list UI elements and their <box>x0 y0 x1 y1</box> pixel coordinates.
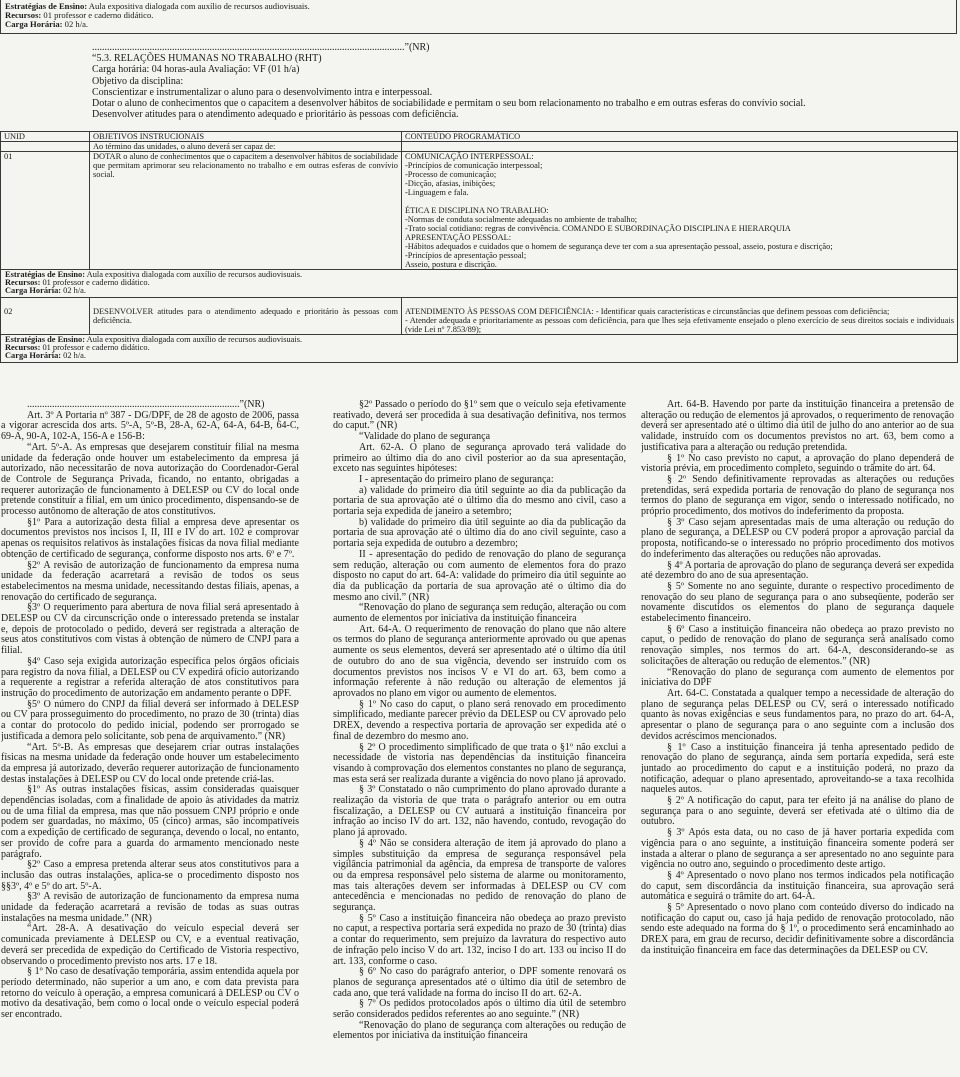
article-paragraph: § 1º No caso previsto no caput, a aprova… <box>641 454 954 475</box>
resources-text: 01 professor e caderno didático. <box>41 11 153 20</box>
curriculum-table: UNID OBJETIVOS INSTRUCIONAIS CONTEÚDO PR… <box>0 131 958 363</box>
content-line: -Princípios de comunicação interpessoal; <box>405 161 954 170</box>
article-paragraph: § 1º No caso do caput, o plano será reno… <box>333 700 626 743</box>
strategies-row: Estratégias de Ensino: Aula expositiva d… <box>1 335 958 363</box>
article-paragraph: § 2º Sendo definitivamente reprovadas as… <box>641 475 954 518</box>
strategies-line: Estratégias de Ensino: Aula expositiva d… <box>5 271 953 279</box>
content-line: -Trato social cotidiano: regras de convi… <box>405 224 954 233</box>
section-heading-line: Conscientizar e instrumentalizar o aluno… <box>64 87 944 98</box>
content-line: -Hábitos adequados e cuidados que o home… <box>405 242 954 251</box>
article-paragraph: § 5º Somente no ano seguinte, durante o … <box>641 582 954 625</box>
article-paragraph: b) validade do primeiro dia útil seguint… <box>333 518 626 550</box>
strategies-row: Estratégias de Ensino: Aula expositiva d… <box>1 270 958 298</box>
table-intro-row: Ao término das unidades, o aluno deverá … <box>1 142 958 152</box>
resources-label: Recursos: <box>5 11 41 20</box>
articles-column-1: ........................................… <box>1 400 299 1077</box>
intro-cell-empty <box>402 142 958 152</box>
article-paragraph: § 5º Caso a instituição financeira não o… <box>333 914 626 968</box>
content-line: -Dicção, afasias, inibições; <box>405 179 954 188</box>
resources-line: Recursos: 01 professor e caderno didátic… <box>5 279 953 287</box>
unit-content: ATENDIMENTO ÀS PESSOAS COM DEFICIÊNCIA: … <box>402 298 958 335</box>
article-paragraph: § 7º Os pedidos protocolados após o últi… <box>333 999 626 1020</box>
resources-line: Recursos: 01 professor e caderno didátic… <box>5 344 953 352</box>
strategies-label: Estratégias de Ensino: <box>5 271 85 279</box>
article-paragraph: Art. 64-B. Havendo por parte da institui… <box>641 400 954 454</box>
column-header-unid: UNID <box>1 132 90 142</box>
article-paragraph: § 3º Constatado o não cumprimento do pla… <box>333 785 626 839</box>
article-paragraph: Art. 64-C. Constatada a qualquer tempo a… <box>641 689 954 743</box>
unit-number: 02 <box>1 298 90 335</box>
resources-text: 01 professor e caderno didático. <box>40 344 149 352</box>
workload-line: Carga Horária: 02 h/a. <box>5 287 953 295</box>
section-heading-line: ........................................… <box>64 42 944 53</box>
article-paragraph: § 3º Após esta data, ou no caso de já ha… <box>641 828 954 871</box>
section-heading-line: Objetivo da disciplina: <box>64 76 944 87</box>
article-paragraph: § 4º Não se considera alteração de item … <box>333 839 626 914</box>
article-paragraph: §4º Caso seja exigida autorização especí… <box>1 657 299 700</box>
strategies-text: Aula expositiva dialogada com auxílio de… <box>87 2 310 11</box>
intro-cell-text: Ao término das unidades, o aluno deverá … <box>90 142 402 152</box>
article-paragraph: a) validade do primeiro dia útil seguint… <box>333 486 626 518</box>
resources-label: Recursos: <box>5 279 40 287</box>
content-line <box>405 197 954 206</box>
unit-number: 01 <box>1 152 90 270</box>
unit-content: COMUNICAÇÃO INTERPESSOAL:-Princípios de … <box>402 152 958 270</box>
article-paragraph: “Art. 5º-A. As empresas que desejarem co… <box>1 443 299 518</box>
content-line: - Atender adequada e prioritariamente as… <box>405 316 954 334</box>
content-line: -Linguagem e fala. <box>405 188 954 197</box>
article-paragraph: §2º Caso a empresa pretenda alterar seus… <box>1 860 299 892</box>
article-paragraph: § 2º A notificação do caput, para ter ef… <box>641 796 954 828</box>
content-line: ÉTICA E DISCIPLINA NO TRABALHO: <box>405 206 954 215</box>
workload-line: Carga Horária: 02 h/a. <box>5 20 952 29</box>
article-paragraph: II - apresentação do pedido de renovação… <box>333 550 626 604</box>
workload-text: 02 h/a. <box>61 352 86 360</box>
article-paragraph: “Renovação do plano de segurança com alt… <box>333 1021 626 1042</box>
article-paragraph: § 2º O procedimento simplificado de que … <box>333 743 626 786</box>
strategies-label: Estratégias de Ensino: <box>5 336 85 344</box>
content-line: Asseio, postura e discrição. <box>405 260 954 269</box>
content-line: APRESENTAÇÃO PESSOAL: <box>405 233 954 242</box>
strategies-block: Estratégias de Ensino: Aula expositiva d… <box>1 270 958 298</box>
workload-text: 02 h/a. <box>63 20 89 29</box>
articles-column-3: Art. 64-B. Havendo por parte da institui… <box>641 400 954 1077</box>
section-heading-line: Carga horária: 04 horas-aula Avaliação: … <box>64 64 944 75</box>
article-paragraph: “Renovação do plano de segurança com aum… <box>641 668 954 689</box>
article-paragraph: §3º A revisão de autorização de funciona… <box>1 892 299 924</box>
previous-table-footer: Estratégias de Ensino: Aula expositiva d… <box>0 0 957 34</box>
articles-section: ........................................… <box>0 400 960 1077</box>
resources-text: 01 professor e caderno didático. <box>40 279 149 287</box>
workload-label: Carga Horária: <box>5 20 63 29</box>
article-paragraph: §5º O número do CNPJ da filial deverá se… <box>1 700 299 743</box>
intro-cell-empty <box>1 142 90 152</box>
article-paragraph: Art. 64-A. O requerimento de renovação d… <box>333 625 626 700</box>
table-header-row: UNID OBJETIVOS INSTRUCIONAIS CONTEÚDO PR… <box>1 132 958 142</box>
workload-line: Carga Horária: 02 h/a. <box>5 352 953 360</box>
table-row-unit-01: 01 DOTAR o aluno de conhecimentos que o … <box>1 152 958 270</box>
content-line: COMUNICAÇÃO INTERPESSOAL: <box>405 152 954 161</box>
article-paragraph: § 4º A portaria de aprovação do plano de… <box>641 561 954 582</box>
article-paragraph: §1º Para a autorização desta filial a em… <box>1 518 299 561</box>
unit-objectives: DESENVOLVER atitudes para o atendimento … <box>90 298 402 335</box>
workload-label: Carga Horária: <box>5 287 61 295</box>
article-paragraph: §2º A revisão de autorização de funciona… <box>1 561 299 604</box>
workload-text: 02 h/a. <box>61 287 86 295</box>
articles-column-2: §2º Passado o período do §1º sem que o v… <box>333 400 626 1077</box>
strategies-line: Estratégias de Ensino: Aula expositiva d… <box>5 336 953 344</box>
strategies-line: Estratégias de Ensino: Aula expositiva d… <box>5 2 952 11</box>
content-line: -Princípios de apresentação pessoal; <box>405 251 954 260</box>
content-line: ATENDIMENTO ÀS PESSOAS COM DEFICIÊNCIA: … <box>405 307 954 316</box>
section-heading-line: Dotar o aluno de conhecimentos que o cap… <box>64 98 944 109</box>
resources-label: Recursos: <box>5 344 40 352</box>
article-paragraph: “Art. 5º-B. As empresas que desejarem cr… <box>1 743 299 786</box>
article-paragraph: Art. 62-A. O plano de segurança aprovado… <box>333 443 626 475</box>
article-paragraph: § 4º Apresentado o novo plano nos termos… <box>641 871 954 903</box>
article-paragraph: § 3º Caso sejam apresentadas mais de uma… <box>641 518 954 561</box>
article-paragraph: § 6º No caso do parágrafo anterior, o DP… <box>333 967 626 999</box>
column-header-conteudo: CONTEÚDO PROGRAMÁTICO <box>402 132 958 142</box>
section-heading-line: “5.3. RELAÇÕES HUMANAS NO TRABALHO (RHT) <box>64 53 944 64</box>
article-paragraph: § 6º Caso a instituição financeira não o… <box>641 625 954 668</box>
article-paragraph: §2º Passado o período do §1º sem que o v… <box>333 400 626 432</box>
article-paragraph: § 1º No caso de desativação temporária, … <box>1 967 299 1021</box>
strategies-block: Estratégias de Ensino: Aula expositiva d… <box>1 335 958 363</box>
article-paragraph: §3º O requerimento para abertura de nova… <box>1 603 299 657</box>
section-heading: ........................................… <box>0 42 952 120</box>
article-paragraph: §1º As outras instalações físicas, assim… <box>1 785 299 860</box>
content-line: -Normas de conduta socialmente adequadas… <box>405 215 954 224</box>
article-paragraph: § 5º Apresentado o novo plano com conteú… <box>641 903 954 957</box>
article-paragraph: § 1º Caso a instituição financeira já te… <box>641 743 954 797</box>
resources-line: Recursos: 01 professor e caderno didátic… <box>5 11 952 20</box>
article-paragraph: “Renovação do plano de segurança sem red… <box>333 603 626 624</box>
workload-label: Carga Horária: <box>5 352 61 360</box>
strategies-text: Aula expositiva dialogada com auxílio de… <box>85 271 302 279</box>
strategies-label: Estratégias de Ensino: <box>5 2 87 11</box>
content-line: -Processo de comunicação; <box>405 170 954 179</box>
section-heading-line: Desenvolver atitudes para o atendimento … <box>64 109 944 120</box>
column-header-objetivos: OBJETIVOS INSTRUCIONAIS <box>90 132 402 142</box>
table-row-unit-02: 02 DESENVOLVER atitudes para o atendimen… <box>1 298 958 335</box>
article-paragraph: “Art. 28-A. A desativação do veículo esp… <box>1 924 299 967</box>
unit-objectives: DOTAR o aluno de conhecimentos que o cap… <box>90 152 402 270</box>
strategies-text: Aula expositiva dialogada com auxílio de… <box>85 336 302 344</box>
article-paragraph: Art. 3º A Portaria nº 387 - DG/DPF, de 2… <box>1 411 299 443</box>
